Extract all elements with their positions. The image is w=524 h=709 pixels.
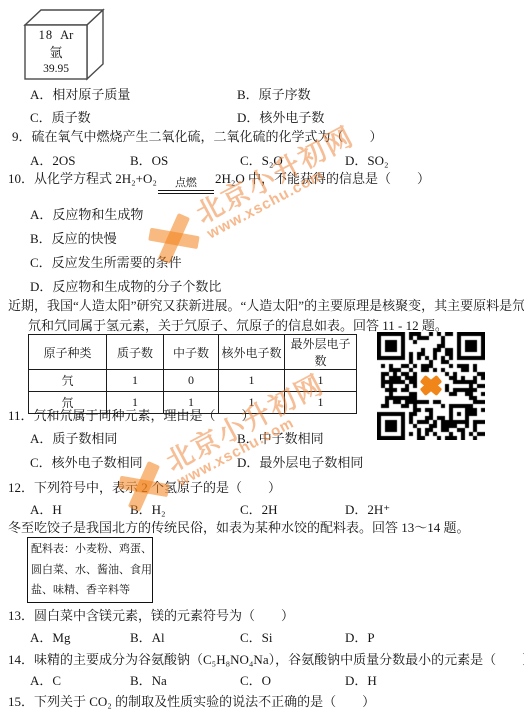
q9-option-c: C．S₂O: [240, 153, 283, 169]
q10-stem-post: 2H₂O 中，不能获得的信息是（ ）: [215, 171, 430, 186]
equation-equals-line: [158, 190, 214, 194]
element-cube: 18Ar 氩 39.95: [22, 6, 106, 84]
cell: 氕: [29, 370, 107, 392]
q10-option-b: B．反应的快慢: [30, 231, 117, 247]
q14-stem: 14．味精的主要成分为谷氨酸钠（C₅H₈NO₄Na），谷氨酸钠中质量分数最小的元…: [8, 651, 524, 669]
qr-center-logo: [418, 373, 444, 399]
q14-option-d: D．H: [345, 673, 377, 689]
q13-option-d: D．P: [345, 630, 375, 646]
element-number-symbol: 18Ar: [25, 27, 87, 44]
q8-option-d: D．核外电子数: [237, 110, 324, 126]
cell: 1: [285, 370, 357, 392]
cell: 1: [107, 370, 164, 392]
q11-option-a: A．质子数相同: [30, 431, 117, 447]
q11-option-b: B．中子数相同: [237, 431, 324, 447]
q14-option-c: C．O: [240, 673, 271, 689]
isotope-table: 原子种类 质子数 中子数 核外电子数 最外层电子数 氕 1 0 1 1 氘 1 …: [28, 334, 357, 414]
q9-option-a: A．2OS: [30, 153, 76, 169]
q11-option-d: D．最外层电子数相同: [237, 455, 363, 471]
element-name: 氩: [25, 44, 87, 61]
cell: 0: [164, 370, 219, 392]
header-protons: 质子数: [107, 335, 164, 370]
q13-options: A．Mg B．Al C．Si D．P: [0, 630, 524, 648]
q12-option-d: D．2H⁺: [345, 502, 390, 518]
q8-options-row-1: A．相对原子质量 B．原子序数: [0, 87, 524, 105]
table-row: 氕 1 0 1 1: [29, 370, 357, 392]
header-atom-type: 原子种类: [29, 335, 107, 370]
ingredients-line: 盐、味精、香辛料等: [31, 580, 149, 601]
intro-paragraph-13-14: 冬至吃饺子是我国北方的传统民俗，如表为某种水饺的配料表。回答 13～14 题。: [8, 518, 524, 538]
header-outer-electrons: 最外层电子数: [285, 335, 357, 370]
q14-option-b: B．Na: [130, 673, 167, 689]
q9-options: A．2OS B．OS C．S₂O D．SO₂: [0, 153, 524, 171]
q14-options: A．C B．Na C．O D．H: [0, 673, 524, 691]
q12-option-b: B．H₂: [130, 502, 166, 518]
q13-stem: 13．圆白菜中含镁元素，镁的元素符号为（ ）: [8, 607, 294, 625]
qr-code-block: [377, 332, 485, 440]
condition-label: 点燃: [158, 177, 214, 189]
q8-option-a: A．相对原子质量: [30, 87, 130, 103]
q12-stem: 12．下列符号中，表示 2 个氢原子的是（ ）: [8, 479, 281, 497]
q11-options-row-2: C．核外电子数相同 D．最外层电子数相同: [0, 455, 524, 473]
intro-paragraph-11-12: 近期，我国“人造太阳”研究又获新进展。“人造太阳”的主要原理是核聚变，其主要原料…: [8, 296, 524, 336]
q8-option-c: C．质子数: [30, 110, 91, 126]
q8-options-row-2: C．质子数 D．核外电子数: [0, 110, 524, 128]
q9-stem: 9．硫在氧气中燃烧产生二氧化硫，二氧化硫的化学式为（ ）: [12, 128, 383, 146]
cell: 1: [285, 392, 357, 414]
q10-option-d: D．反应物和生成物的分子个数比: [30, 279, 221, 295]
q10-option-c: C．反应发生所需要的条件: [30, 255, 182, 271]
q11-option-c: C．核外电子数相同: [30, 455, 143, 471]
q12-option-a: A．H: [30, 502, 62, 518]
q13-option-c: C．Si: [240, 630, 273, 646]
q13-option-a: A．Mg: [30, 630, 70, 646]
q14-option-a: A．C: [30, 673, 61, 689]
q12-option-c: C．2H: [240, 502, 278, 518]
q11-stem: 11．氕和氘属于同种元素，理由是（ ）: [8, 407, 255, 425]
q10-stem: 10．从化学方程式 2H₂+O₂点燃2H₂O 中，不能获得的信息是（ ）: [8, 170, 430, 194]
ingredients-line: 配料表：小麦粉、鸡蛋、: [31, 539, 149, 560]
header-electrons: 核外电子数: [219, 335, 285, 370]
q8-option-b: B．原子序数: [237, 87, 311, 103]
q10-option-a: A．反应物和生成物: [30, 207, 143, 223]
q9-option-d: D．SO₂: [345, 153, 389, 169]
cell: 1: [219, 370, 285, 392]
q13-option-b: B．Al: [130, 630, 165, 646]
ingredients-box: 配料表：小麦粉、鸡蛋、 圆白菜、水、酱油、食用 盐、味精、香辛料等: [27, 537, 153, 603]
element-mass: 39.95: [25, 61, 87, 78]
exam-page: 18Ar 氩 39.95 A．相对原子质量 B．原子序数 C．质子数 D．核外电…: [0, 0, 524, 709]
element-cube-text: 18Ar 氩 39.95: [25, 27, 87, 78]
q9-option-b: B．OS: [130, 153, 168, 169]
isotope-table-header: 原子种类 质子数 中子数 核外电子数 最外层电子数: [29, 335, 357, 370]
reaction-condition: 点燃: [158, 177, 214, 194]
q11-options-row-1: A．质子数相同 B．中子数相同: [0, 431, 524, 449]
q10-stem-pre: 10．从化学方程式 2H₂+O₂: [8, 171, 157, 186]
ingredients-line: 圆白菜、水、酱油、食用: [31, 560, 149, 581]
q15-stem: 15．下列关于 CO₂ 的制取及性质实验的说法不正确的是（ ）: [8, 693, 375, 709]
header-neutrons: 中子数: [164, 335, 219, 370]
